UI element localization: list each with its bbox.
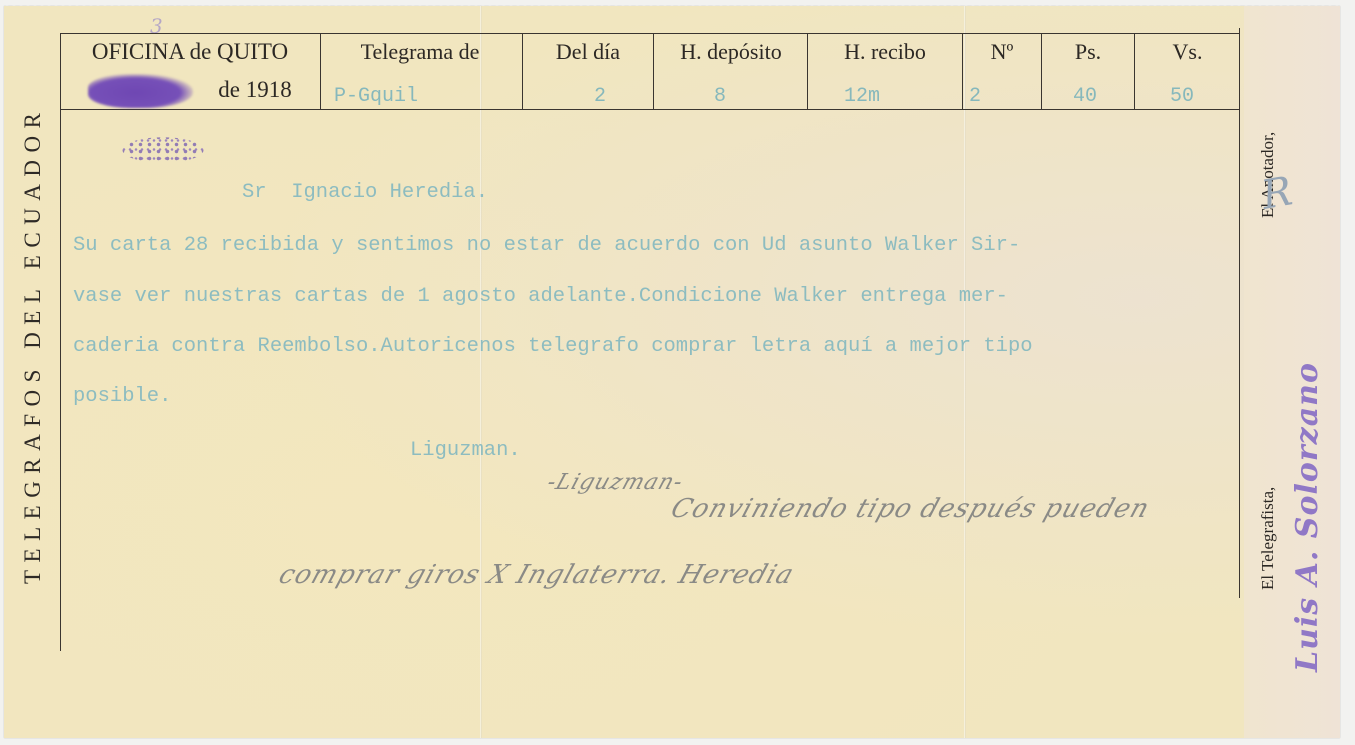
anotador-initials: R	[1258, 163, 1326, 223]
paper-fold	[480, 6, 482, 738]
addressee: Sr Ignacio Heredia.	[242, 180, 488, 206]
handwritten-note-2: Conviniendo tipo después pueden	[667, 494, 1153, 524]
value-origin: P-Gquil	[334, 82, 434, 112]
side-title: TELEGRAFOS DEL ECUADOR	[18, 52, 48, 637]
message-line-3: caderia contra Reembolso.Autoricenos tel…	[73, 334, 1033, 360]
col-del-dia: Del día	[524, 34, 652, 70]
col-h-recibo: H. recibo	[809, 34, 961, 70]
value-ps: 40	[1060, 82, 1110, 112]
col-vs: Vs.	[1136, 34, 1239, 70]
col-ps: Ps.	[1043, 34, 1133, 70]
value-number: 2	[960, 82, 990, 112]
message-line-2: vase ver nuestras cartas de 1 agosto ade…	[73, 284, 1008, 310]
left-frame-line	[60, 33, 61, 651]
telegrafista-label: El Telegrafista,	[1258, 440, 1278, 590]
paper-fold	[964, 6, 966, 738]
value-deposit-hour: 8	[680, 82, 760, 112]
col-numero: Nº	[964, 34, 1040, 70]
message-line-4: posible.	[73, 384, 171, 410]
value-vs: 50	[1152, 82, 1212, 112]
col-telegrama-de: Telegrama de	[330, 34, 510, 70]
value-receipt-hour: 12m	[822, 82, 902, 112]
message-signature: Liguzman.	[410, 438, 521, 464]
value-day: 2	[560, 82, 640, 112]
col-h-deposito: H. depósito	[655, 34, 807, 70]
ink-stamp-smudge	[88, 74, 193, 108]
office-label: OFICINA de QUITO	[62, 34, 318, 70]
telegram-form	[4, 6, 1340, 738]
handwritten-note-3: comprar giros X Inglaterra. Heredia	[275, 560, 798, 590]
handwritten-note-1: -Liguzman-	[544, 470, 687, 495]
telegrafista-stamp: Luis A. Solorzano	[1290, 362, 1332, 672]
message-line-1: Su carta 28 recibida y sentimos no estar…	[73, 233, 1020, 259]
right-frame-line	[1239, 28, 1240, 598]
year-label: de 1918	[200, 72, 310, 108]
col-divider	[320, 33, 321, 109]
